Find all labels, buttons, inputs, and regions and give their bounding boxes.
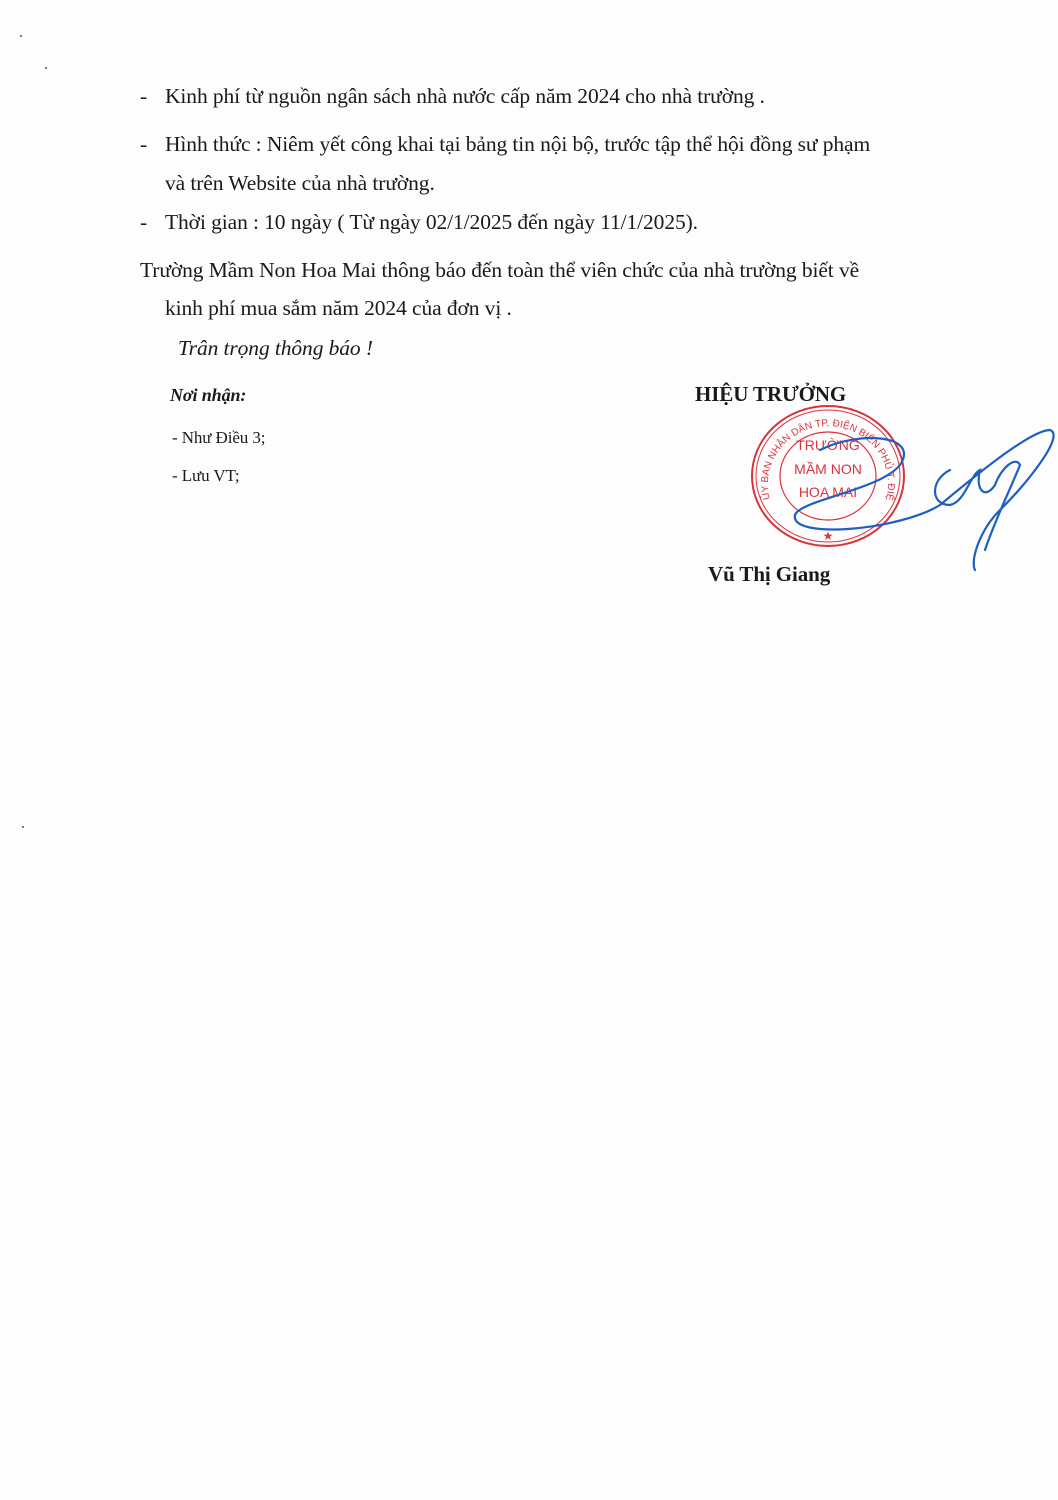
announcement-line-2: kinh phí mua sắm năm 2024 của đơn vị . xyxy=(165,296,512,321)
recipient-item: - Lưu VT; xyxy=(172,466,240,486)
scan-speck xyxy=(20,35,22,37)
bullet-marker: - xyxy=(140,132,147,157)
bullet-form-continuation: và trên Website của nhà trường. xyxy=(165,171,435,196)
handwritten-signature-icon xyxy=(780,410,1058,580)
closing-salutation: Trân trọng thông báo ! xyxy=(178,336,373,361)
recipients-heading: Nơi nhận: xyxy=(170,385,246,406)
recipient-item: - Như Điều 3; xyxy=(172,428,265,448)
bullet-form: Hình thức : Niêm yết công khai tại bảng … xyxy=(165,132,870,157)
announcement-line-1: Trường Mầm Non Hoa Mai thông báo đến toà… xyxy=(140,258,859,283)
bullet-funding-source: Kinh phí từ nguồn ngân sách nhà nước cấp… xyxy=(165,84,765,109)
scan-speck xyxy=(45,67,47,69)
bullet-marker: - xyxy=(140,84,147,109)
bullet-duration: Thời gian : 10 ngày ( Từ ngày 02/1/2025 … xyxy=(165,210,698,235)
scan-speck xyxy=(22,826,24,828)
bullet-marker: - xyxy=(140,210,147,235)
signatory-name: Vũ Thị Giang xyxy=(708,562,830,587)
document-page: - Kinh phí từ nguồn ngân sách nhà nước c… xyxy=(0,0,1058,1500)
